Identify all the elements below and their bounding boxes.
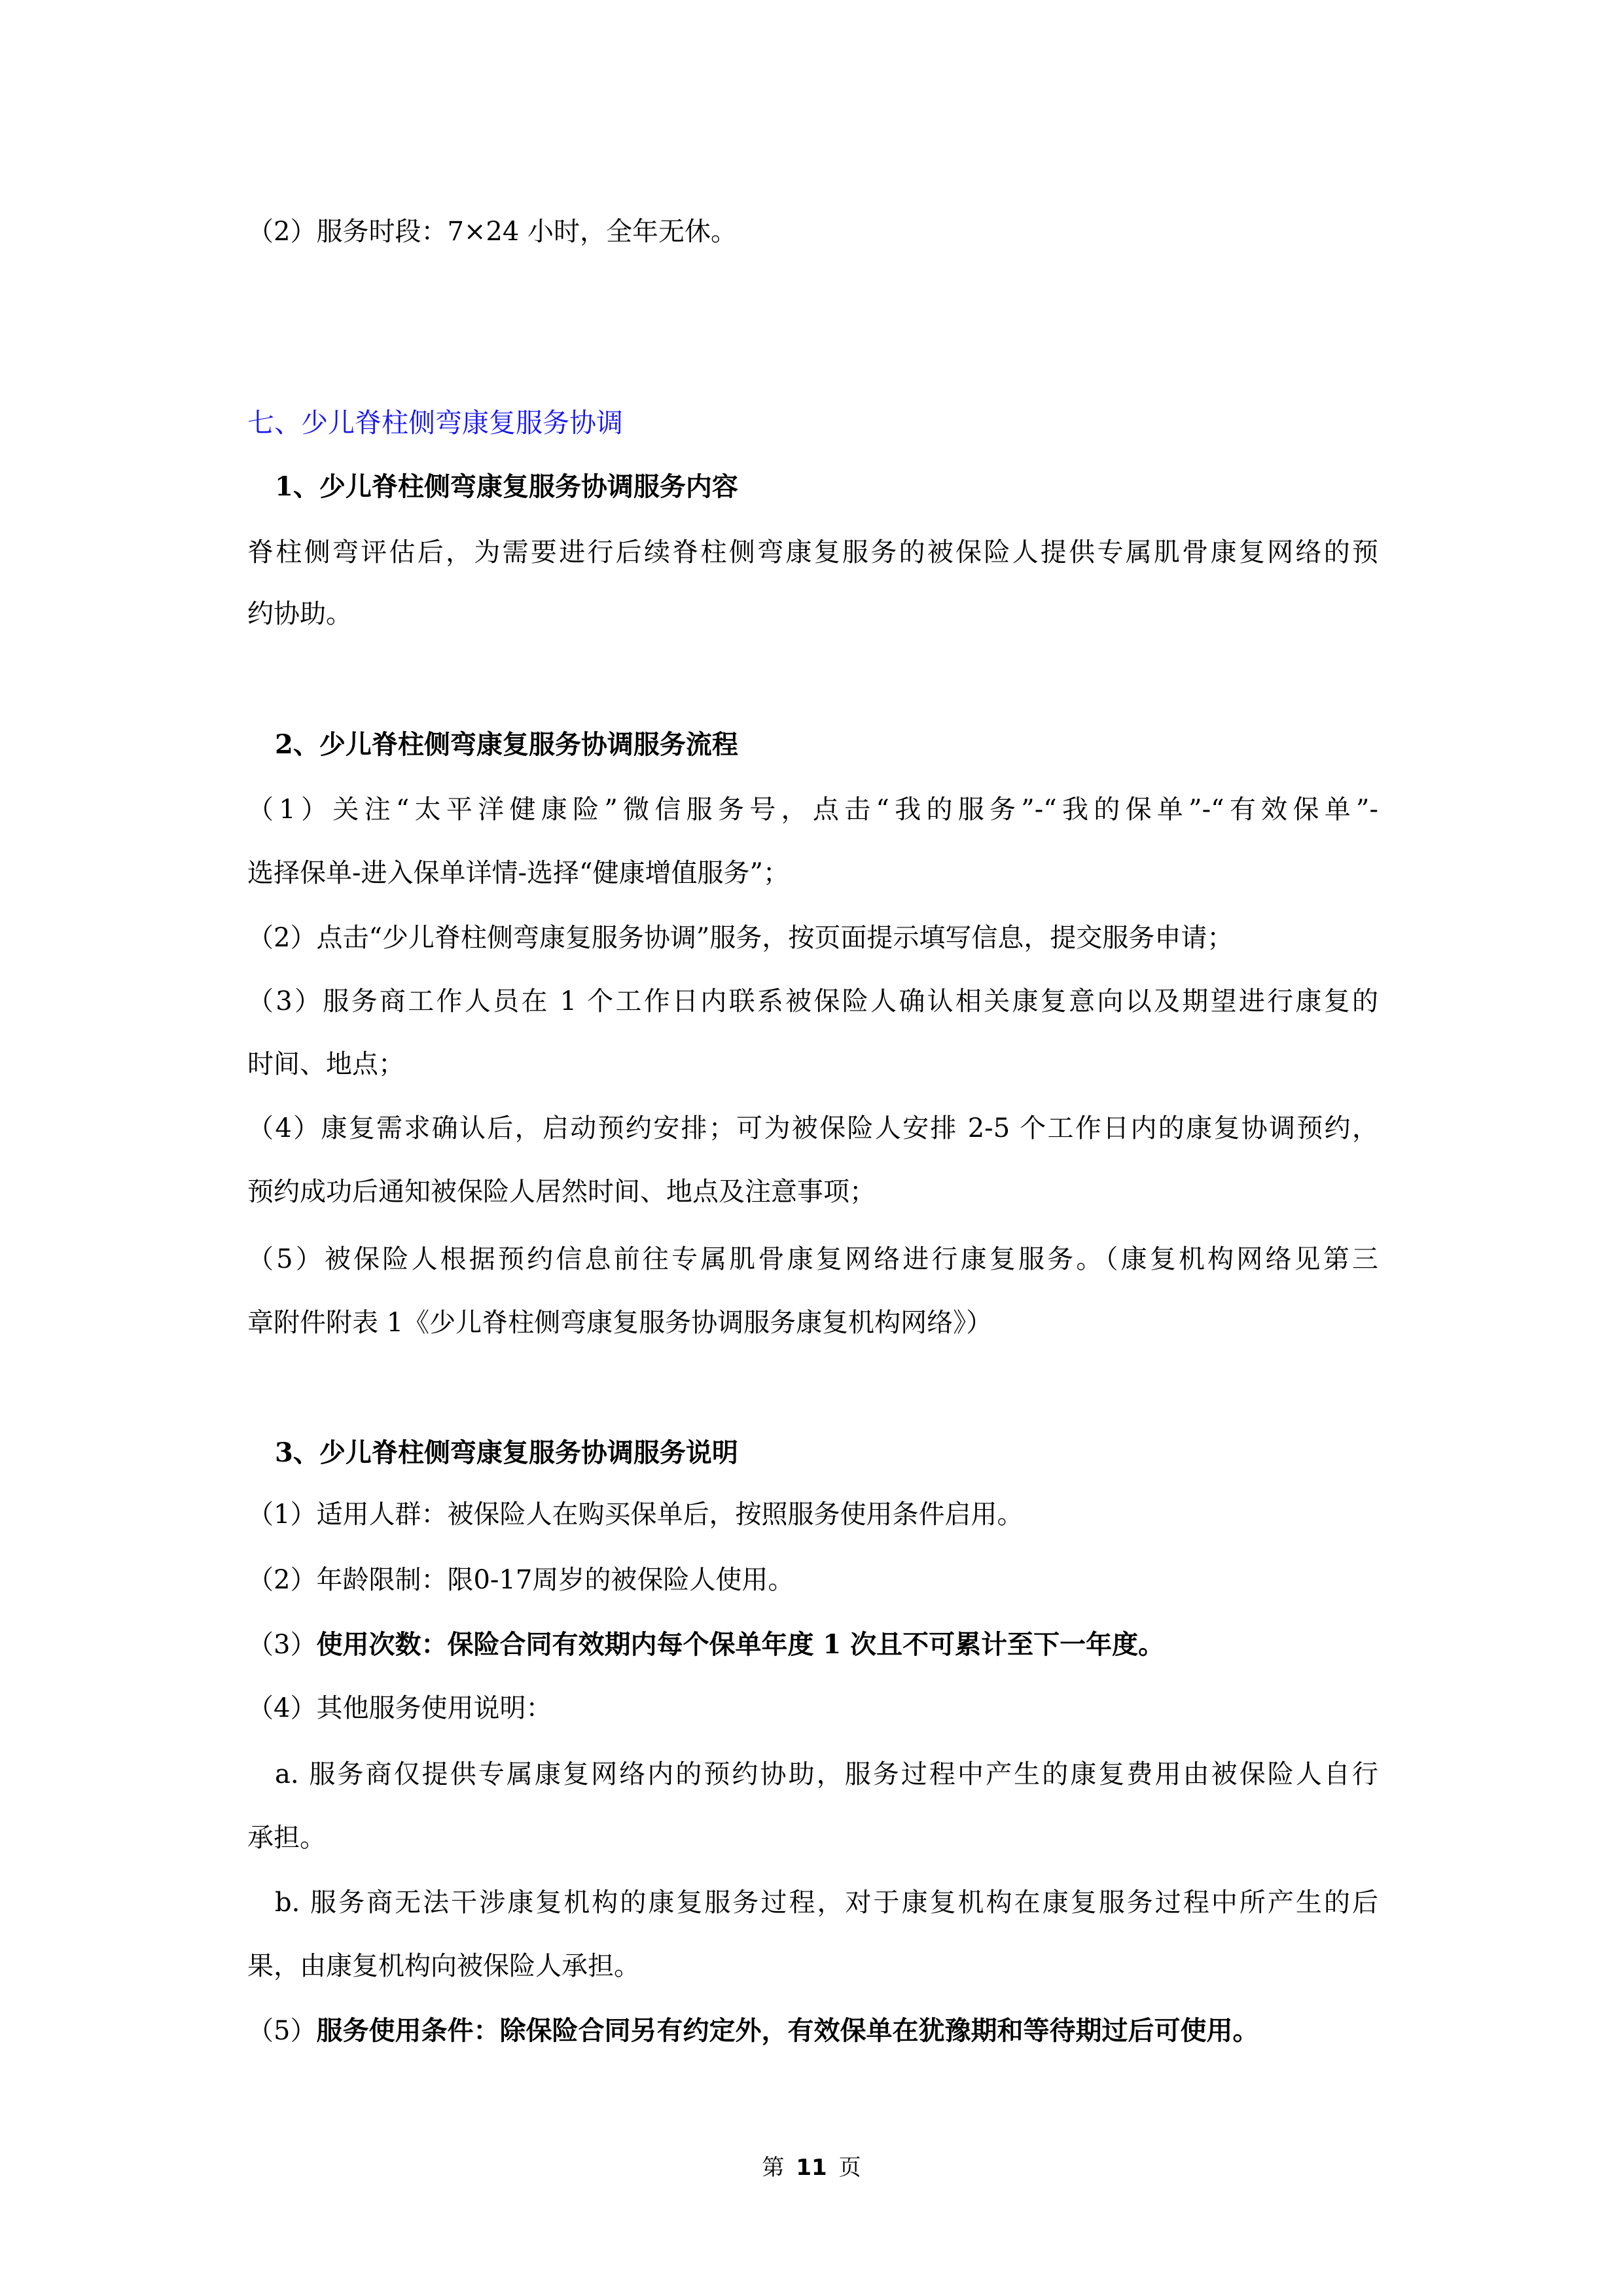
process-step-1-cont: 选择保单-进入保单详情-选择“健康增值服务”； — [247, 857, 789, 889]
page-label-suffix: 页 — [839, 2155, 861, 2181]
note-item-prefix: （3） — [247, 1630, 316, 1660]
note-item-text: 年龄限制：限0-17周岁的被保险人使用。 — [316, 1565, 794, 1595]
note-item-2: （2）年龄限制：限0-17周岁的被保险人使用。 — [247, 1564, 794, 1596]
process-step-1: （1）关注“太平洋健康险”微信服务号，点击“我的服务”-“我的保单”-“有效保单… — [247, 794, 1378, 825]
paragraph-line: 脊柱侧弯评估后，为需要进行后续脊柱侧弯康复服务的被保险人提供专属肌骨康复网络的预 — [247, 537, 1378, 568]
subsection-3-title: 3、少儿脊柱侧弯康复服务协调服务说明 — [275, 1437, 738, 1469]
note-item-text-bold: 服务使用条件：除保险合同另有约定外，有效保单在犹豫期和等待期过后可使用。 — [316, 2015, 1258, 2046]
note-item-text: 其他服务使用说明： — [316, 1693, 552, 1723]
note-item-3: （3）使用次数：保险合同有效期内每个保单年度 1 次且不可累计至下一年度。 — [247, 1629, 1164, 1660]
subsection-2-title: 2、少儿脊柱侧弯康复服务协调服务流程 — [275, 729, 738, 761]
paragraph-line: 约协助。 — [247, 598, 352, 630]
process-step-2: （2）点击“少儿脊柱侧弯康复服务协调”服务，按页面提示填写信息，提交服务申请； — [247, 922, 1233, 954]
process-step-5: （5）被保险人根据预约信息前往专属肌骨康复网络进行康复服务。（康复机构网络见第三 — [247, 1244, 1378, 1275]
note-item-prefix: （4） — [247, 1693, 316, 1723]
process-step-3: （3）服务商工作人员在 1 个工作日内联系被保险人确认相关康复意向以及期望进行康… — [247, 986, 1378, 1017]
sub-note-a-cont: 承担。 — [247, 1822, 326, 1854]
note-item-4: （4）其他服务使用说明： — [247, 1693, 552, 1724]
note-item-prefix: （5） — [247, 2016, 316, 2046]
note-item-prefix: （2） — [247, 1565, 316, 1595]
note-item-text-bold: 使用次数：保险合同有效期内每个保单年度 1 次且不可累计至下一年度。 — [316, 1629, 1164, 1660]
note-item-text: 适用人群：被保险人在购买保单后，按照服务使用条件启用。 — [316, 1499, 1023, 1530]
service-hours-item: （2）服务时段：7×24 小时，全年无休。 — [247, 216, 737, 247]
section-heading: 七、少儿脊柱侧弯康复服务协调 — [247, 407, 623, 439]
process-step-4-cont: 预约成功后通知被保险人居然时间、地点及注意事项； — [247, 1176, 876, 1208]
sub-note-b-cont: 果，由康复机构向被保险人承担。 — [247, 1950, 640, 1982]
note-item-5: （5）服务使用条件：除保险合同另有约定外，有效保单在犹豫期和等待期过后可使用。 — [247, 2015, 1258, 2047]
process-step-3-cont: 时间、地点； — [247, 1049, 404, 1080]
note-item-1: （1）适用人群：被保险人在购买保单后，按照服务使用条件启用。 — [247, 1499, 1023, 1530]
page-number: 11 — [796, 2155, 827, 2181]
process-step-5-cont: 章附件附表 1《少儿脊柱侧弯康复服务协调服务康复机构网络》） — [247, 1307, 992, 1338]
subsection-1-title: 1、少儿脊柱侧弯康复服务协调服务内容 — [275, 471, 738, 503]
process-step-4: （4）康复需求确认后，启动预约安排；可为被保险人安排 2-5 个工作日内的康复协… — [247, 1113, 1378, 1144]
page-footer: 第11页 — [0, 2149, 1623, 2181]
document-page: （2）服务时段：7×24 小时，全年无休。 七、少儿脊柱侧弯康复服务协调 1、少… — [0, 0, 1623, 2296]
page-label-prefix: 第 — [762, 2155, 784, 2181]
sub-note-a: a. 服务商仅提供专属康复网络内的预约协助，服务过程中产生的康复费用由被保险人自… — [275, 1759, 1378, 1790]
sub-note-b: b. 服务商无法干涉康复机构的康复服务过程，对于康复机构在康复服务过程中所产生的… — [275, 1887, 1378, 1918]
note-item-prefix: （1） — [247, 1499, 316, 1530]
